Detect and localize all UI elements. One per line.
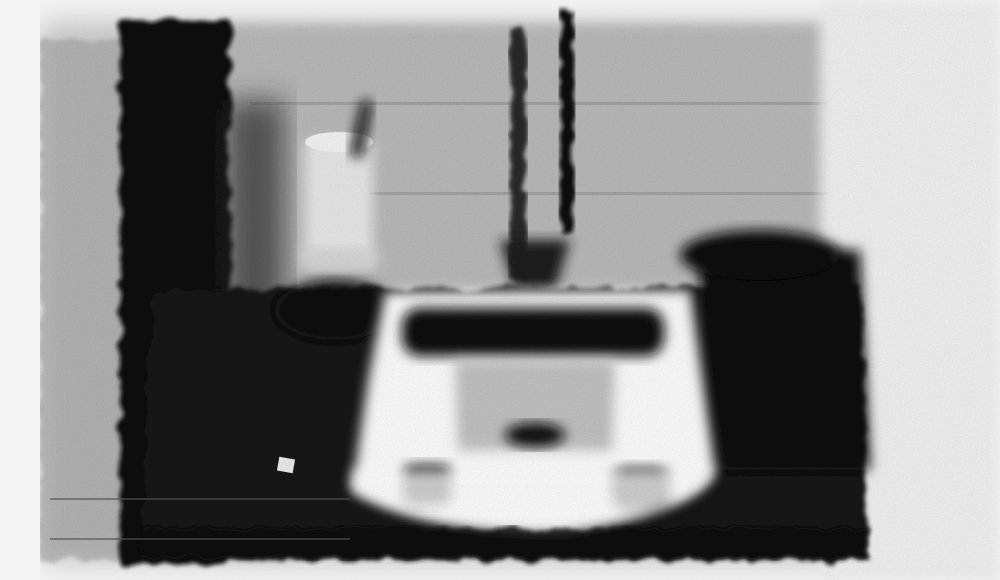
white-chip: [277, 457, 295, 474]
basin: [352, 290, 715, 532]
still-life-print: [0, 0, 1000, 580]
cup: [302, 132, 378, 270]
